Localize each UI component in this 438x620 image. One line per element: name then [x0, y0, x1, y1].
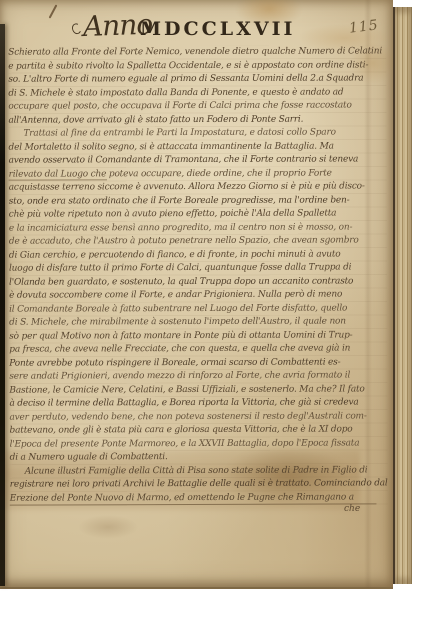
page-fore-edge — [393, 7, 412, 584]
manuscript-line: à deciso il termine della Battaglia, e B… — [9, 396, 387, 411]
manuscript-line: sto, onde era stato ordinato che il Fort… — [9, 194, 387, 209]
manuscript-line: di S. Michele è stato impostato dalla Ba… — [8, 86, 386, 101]
manuscript-line: all'Antenna, dove arrivato gli è stato f… — [8, 113, 386, 128]
manuscript-line: Schierato alla Fronte del Forte Nemico, … — [8, 45, 386, 60]
manuscript-line: sò per qual Motivo non à fatto montare i… — [9, 329, 387, 344]
manuscript-line: battevano, onde gli è stata più cara e g… — [10, 423, 388, 438]
manuscript-line: registrare nei loro privati Archivi le B… — [10, 477, 388, 492]
manuscript-line: e la incamiciatura esse bensì anno progr… — [9, 221, 387, 236]
manuscript-line: de è accaduto, che l'Austro à potuto pen… — [9, 234, 387, 249]
manuscript-line: sere andati Prigionieri, avendo mezzo di… — [9, 369, 387, 384]
ink-smudge-bottom — [78, 515, 138, 539]
manuscript-line: Alcune illustri Famiglie della Città di … — [10, 464, 388, 479]
manuscript-line: pa fresca, che aveva nelle Frecciate, ch… — [9, 342, 387, 357]
manuscript-line: l'Epoca del presente Ponte Marmoreo, e l… — [10, 437, 388, 452]
manuscript-line: di S. Michele, che mirabilmente à sosten… — [9, 315, 387, 330]
manuscript-line: aver perduto, vedendo bene, che non pote… — [9, 410, 387, 425]
manuscript-line: Trattasi al fine da entrambi le Parti la… — [8, 126, 386, 141]
manuscript-line: rilevato dal Luogo che poteva occupare, … — [9, 167, 387, 182]
manuscript-line: occupare quel posto, che occupava il For… — [8, 99, 386, 114]
manuscript-line: Erezione del Ponte Nuovo di Marmo, ed om… — [10, 491, 388, 506]
manuscript-line: del Mortaletto il solito segno, si è att… — [9, 140, 387, 155]
manuscript-scan: Anno MDCCLXVII 115 Schierato alla Fronte… — [0, 0, 438, 620]
flourish-curl-icon — [70, 22, 82, 35]
manuscript-line: chè più volte ripetuto non à avuto pieno… — [9, 207, 387, 222]
manuscript-line: acquistasse terreno siccome è avvenuto. … — [9, 180, 387, 195]
folio-number: 115 — [348, 17, 379, 37]
manuscript-line: Bastione, le Camicie Nere, Celatini, e B… — [9, 383, 387, 398]
pen-slash-mark — [49, 4, 58, 18]
manuscript-line: avendo osservato il Comandante di Tramon… — [9, 153, 387, 168]
manuscript-line: Ponte avrebbe potuto rispingere il Borea… — [9, 356, 387, 371]
manuscript-page: Anno MDCCLXVII 115 Schierato alla Fronte… — [0, 0, 393, 589]
manuscript-line: luogo di disfare tutto il primo Forte di… — [9, 261, 387, 276]
catchword: che — [344, 504, 360, 514]
manuscript-line: so. L'altro Forte di numero eguale al pr… — [8, 72, 386, 87]
manuscript-body: Schierato alla Fronte del Forte Nemico, … — [8, 45, 388, 506]
manuscript-line: di a Numero uguale di Combattenti. — [10, 450, 388, 465]
manuscript-line: di Gian cerchio, e percuotendo di fianco… — [9, 248, 387, 263]
manuscript-line: l'Olanda ben guardato, e sostenuto, la q… — [9, 275, 387, 290]
page-title-year: MDCCLXVII — [140, 18, 295, 40]
book-binding-edge — [0, 24, 5, 586]
manuscript-line: è dovuta soccombere come il Forte, e and… — [9, 288, 387, 303]
manuscript-line: e partita è subito rivolto la Spalletta … — [8, 59, 386, 74]
manuscript-line: il Comandante Boreale à fatto subentrare… — [9, 302, 387, 317]
